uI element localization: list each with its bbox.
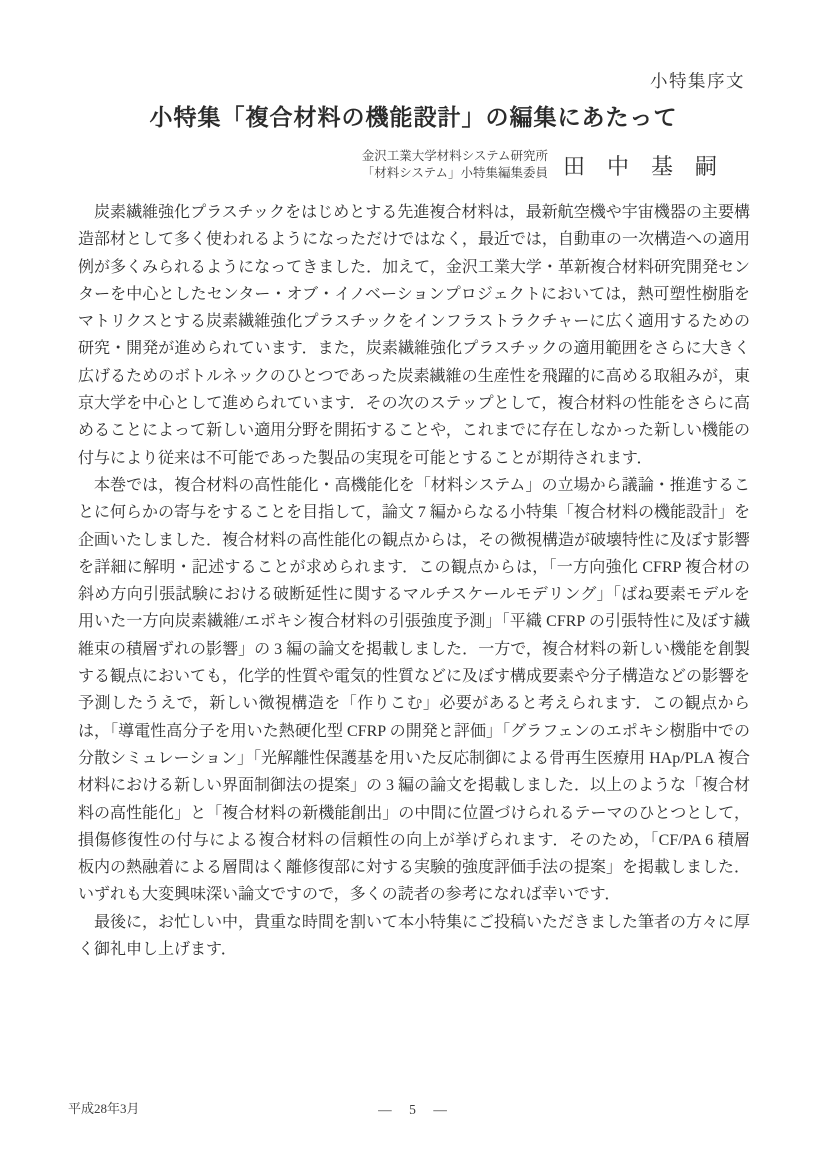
author-name: 田 中 基 嗣 (563, 150, 717, 181)
affiliation-line-2: 「材料システム」小特集編集委員 (362, 165, 548, 182)
paragraph-3: 最後に，お忙しい中，貴重な時間を割いて本小特集にご投稿いただきました筆者の方々に… (78, 909, 750, 964)
document-page: 小特集序文 小特集「複合材料の機能設計」の編集にあたって 金沢工業大学材料システ… (0, 0, 827, 1170)
byline: 金沢工業大学材料システム研究所 「材料システム」小特集編集委員 田 中 基 嗣 (362, 148, 717, 182)
paragraph-1: 炭素繊維強化プラスチックをはじめとする先進複合材料は，最新航空機や宇宙機器の主要… (78, 199, 750, 472)
footer-page-number: ― 5 ― (0, 1098, 827, 1118)
paragraph-2: 本巻では，複合材料の高性能化・高機能化を「材料システム」の立場から議論・推進する… (78, 472, 750, 909)
header-label: 小特集序文 (650, 68, 745, 93)
page-title: 小特集「複合材料の機能設計」の編集にあたって (0, 99, 827, 132)
affiliation-line-1: 金沢工業大学材料システム研究所 (362, 148, 548, 165)
affiliation-block: 金沢工業大学材料システム研究所 「材料システム」小特集編集委員 (362, 148, 548, 182)
body-text: 炭素繊維強化プラスチックをはじめとする先進複合材料は，最新航空機や宇宙機器の主要… (78, 199, 750, 963)
